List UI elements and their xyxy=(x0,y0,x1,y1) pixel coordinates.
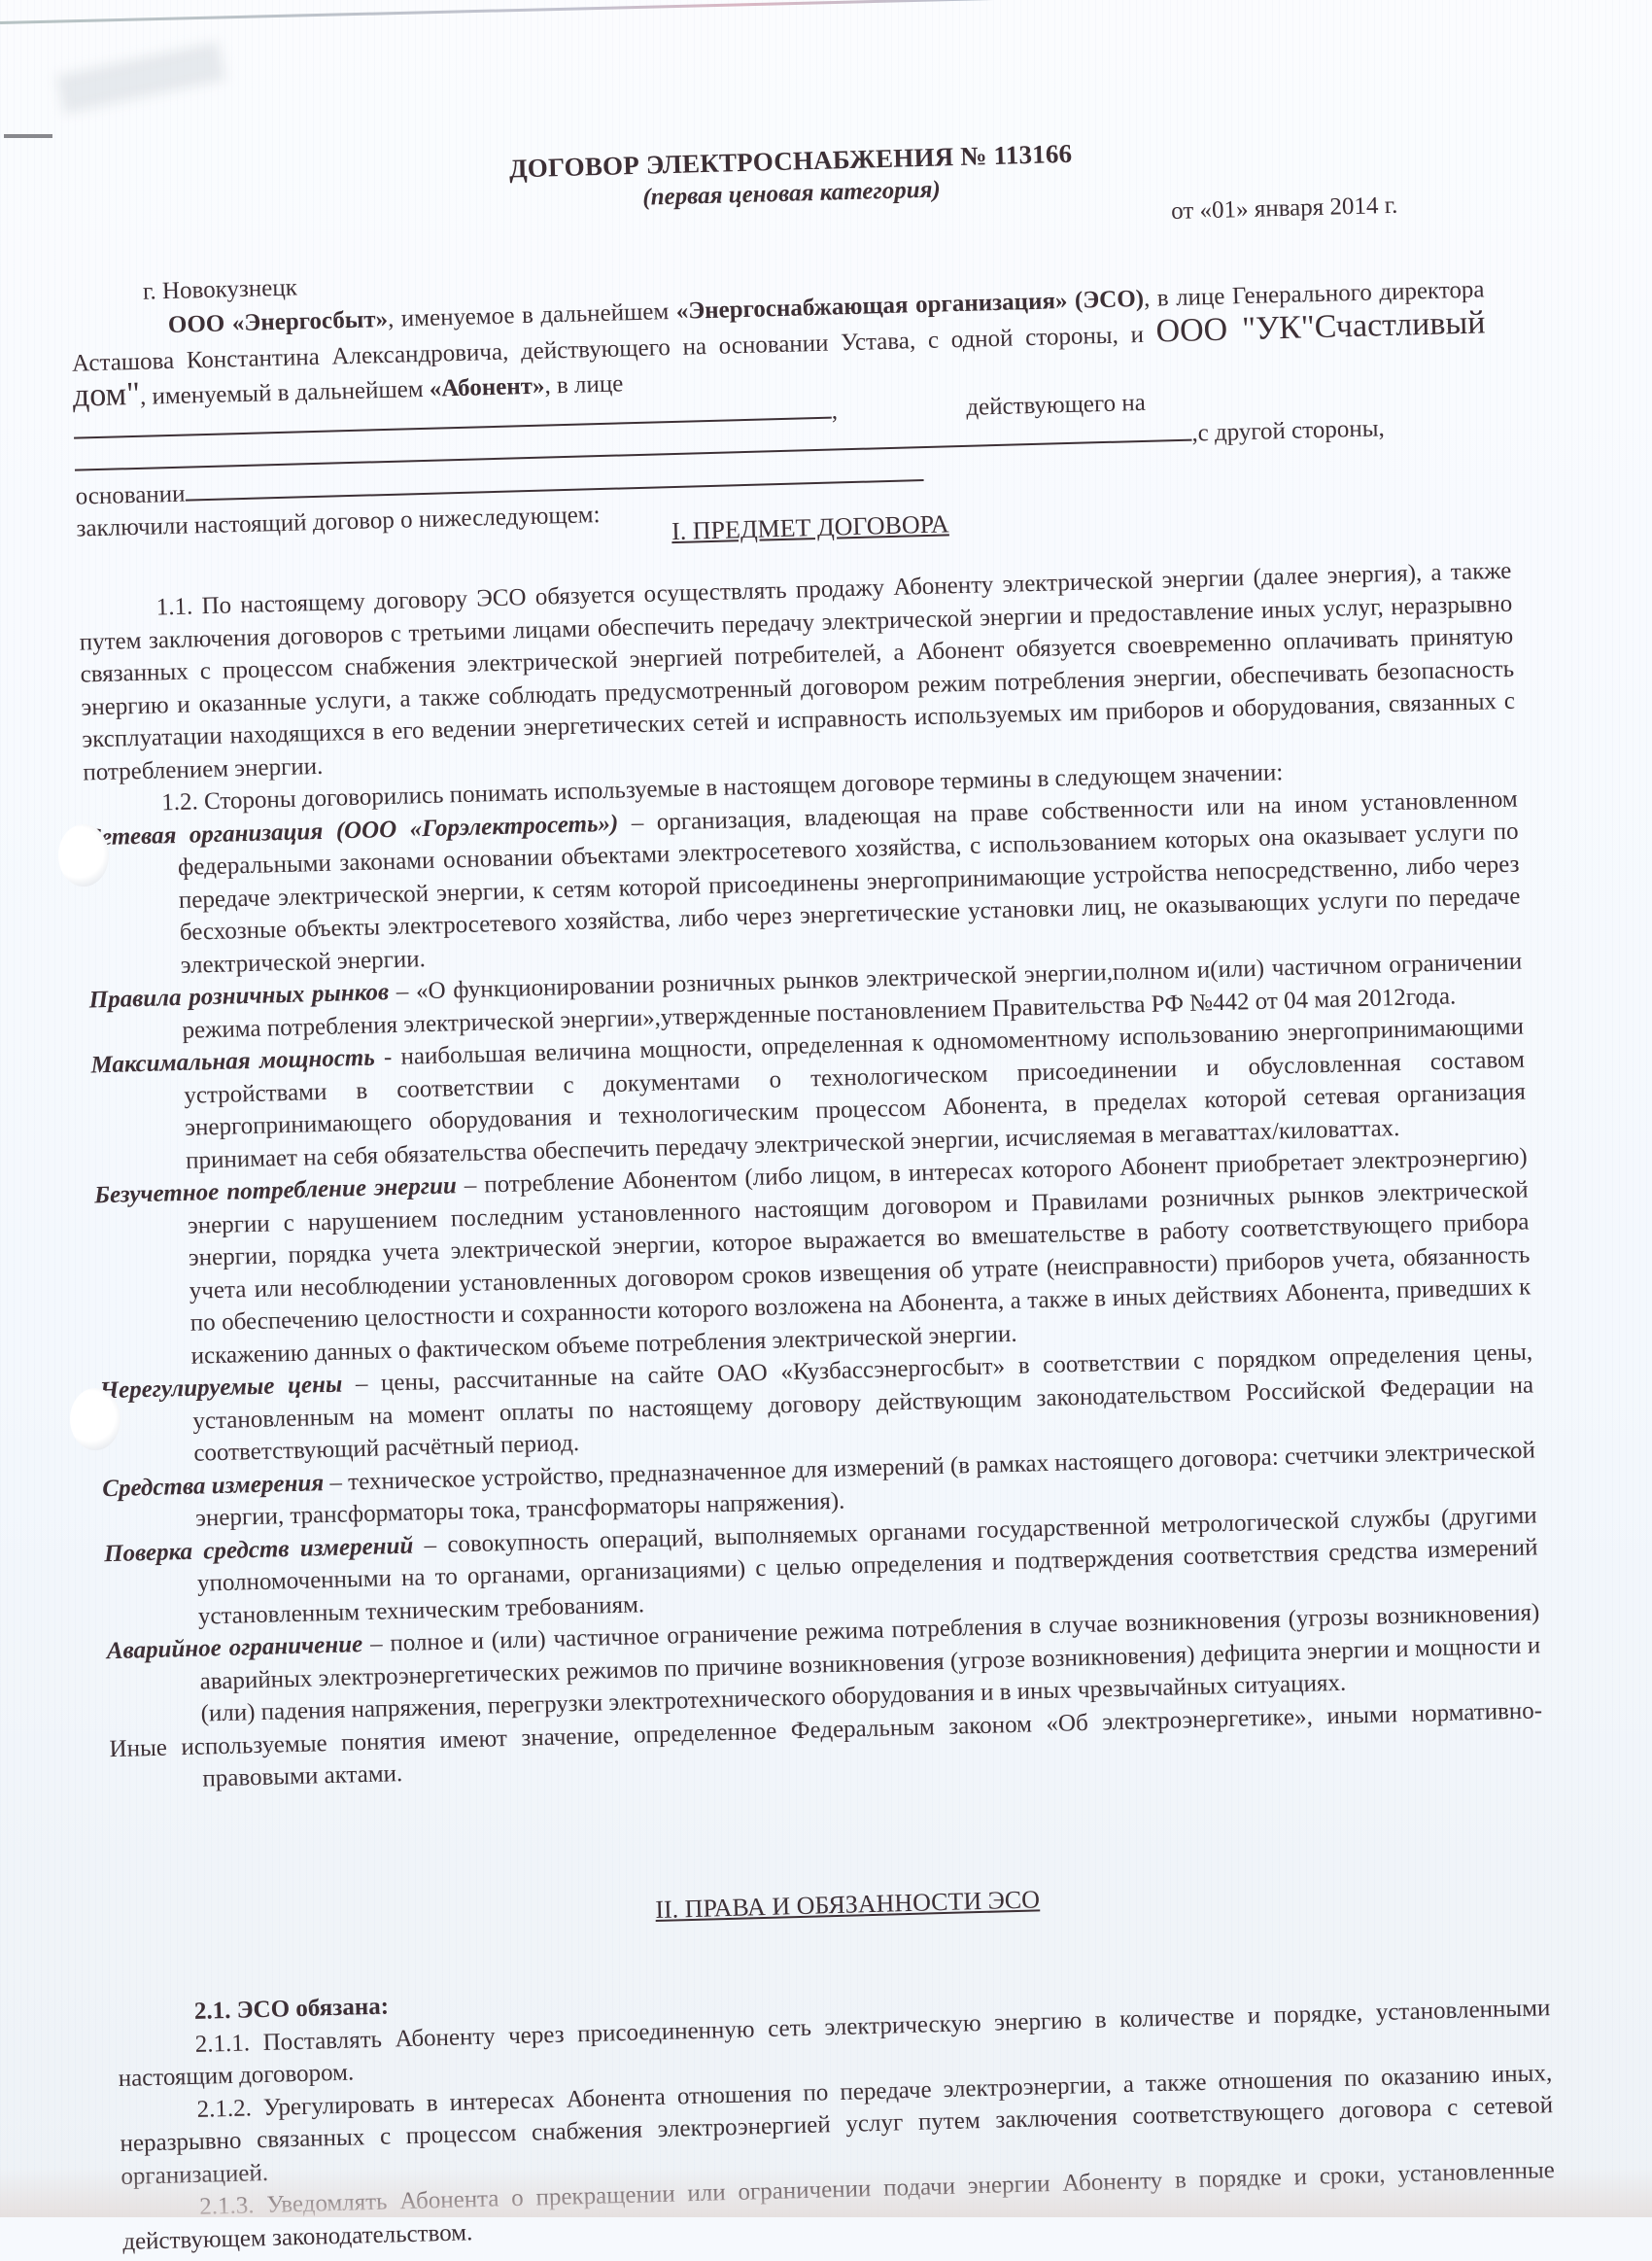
acting-on-label: действующего на xyxy=(966,389,1146,420)
other-side-label: ,с другой стороны, xyxy=(1191,415,1385,446)
basis-label: основании xyxy=(75,480,186,509)
section2-heading: II. ПРАВА И ОБЯЗАННОСТИ ЭСО xyxy=(21,1868,1652,1942)
preamble-text: , именуемый в дальнейшем xyxy=(140,376,430,410)
punch-hole-bottom xyxy=(70,1388,120,1450)
contract-city: г. Новокузнецк xyxy=(143,274,297,305)
preamble-text: , именуемое в дальнейшем xyxy=(388,298,676,332)
term-name: Безучетное потребление энергии xyxy=(94,1172,457,1208)
term-name: Правила розничных рынков xyxy=(88,979,389,1013)
term-name: Средства измерения xyxy=(102,1470,325,1502)
party1-name: ООО «Энергосбыт» xyxy=(168,306,389,338)
party2-role: «Абонент» xyxy=(429,373,544,402)
term-name: Аварийное ограничение xyxy=(106,1631,362,1664)
term-unmetered-consumption: Безучетное потребление энергии – потребл… xyxy=(94,1141,1532,1375)
preamble-text: , в лице xyxy=(544,370,624,399)
term-name: Нерегулируемые цены xyxy=(99,1372,342,1405)
term-name: Поверка средств измерений xyxy=(104,1532,414,1567)
punch-hole-top xyxy=(58,824,109,887)
section2-heading-text: II. ПРАВА И ОБЯЗАННОСТИ ЭСО xyxy=(655,1885,1040,1924)
contract-date: от «01» января 2014 г. xyxy=(1171,192,1398,226)
term-name: Максимальная мощность xyxy=(90,1045,375,1079)
clause-1-1: 1.1. По настоящему договору ЭСО обязуетс… xyxy=(78,555,1516,789)
contract-page: ДОГОВОР ЭЛЕКТРОСНАБЖЕНИЯ № 113166 (перва… xyxy=(0,0,1652,2217)
party1-role: «Энергоснабжающая организация» (ЭСО) xyxy=(675,286,1144,325)
comma: , xyxy=(831,398,838,424)
term-definition: – организация, владеющая на праве собств… xyxy=(178,785,1521,978)
section1-body: 1.1. По настоящему договору ЭСО обязуетс… xyxy=(78,555,1543,1798)
scan-bottom-shadow xyxy=(0,2168,1652,2217)
